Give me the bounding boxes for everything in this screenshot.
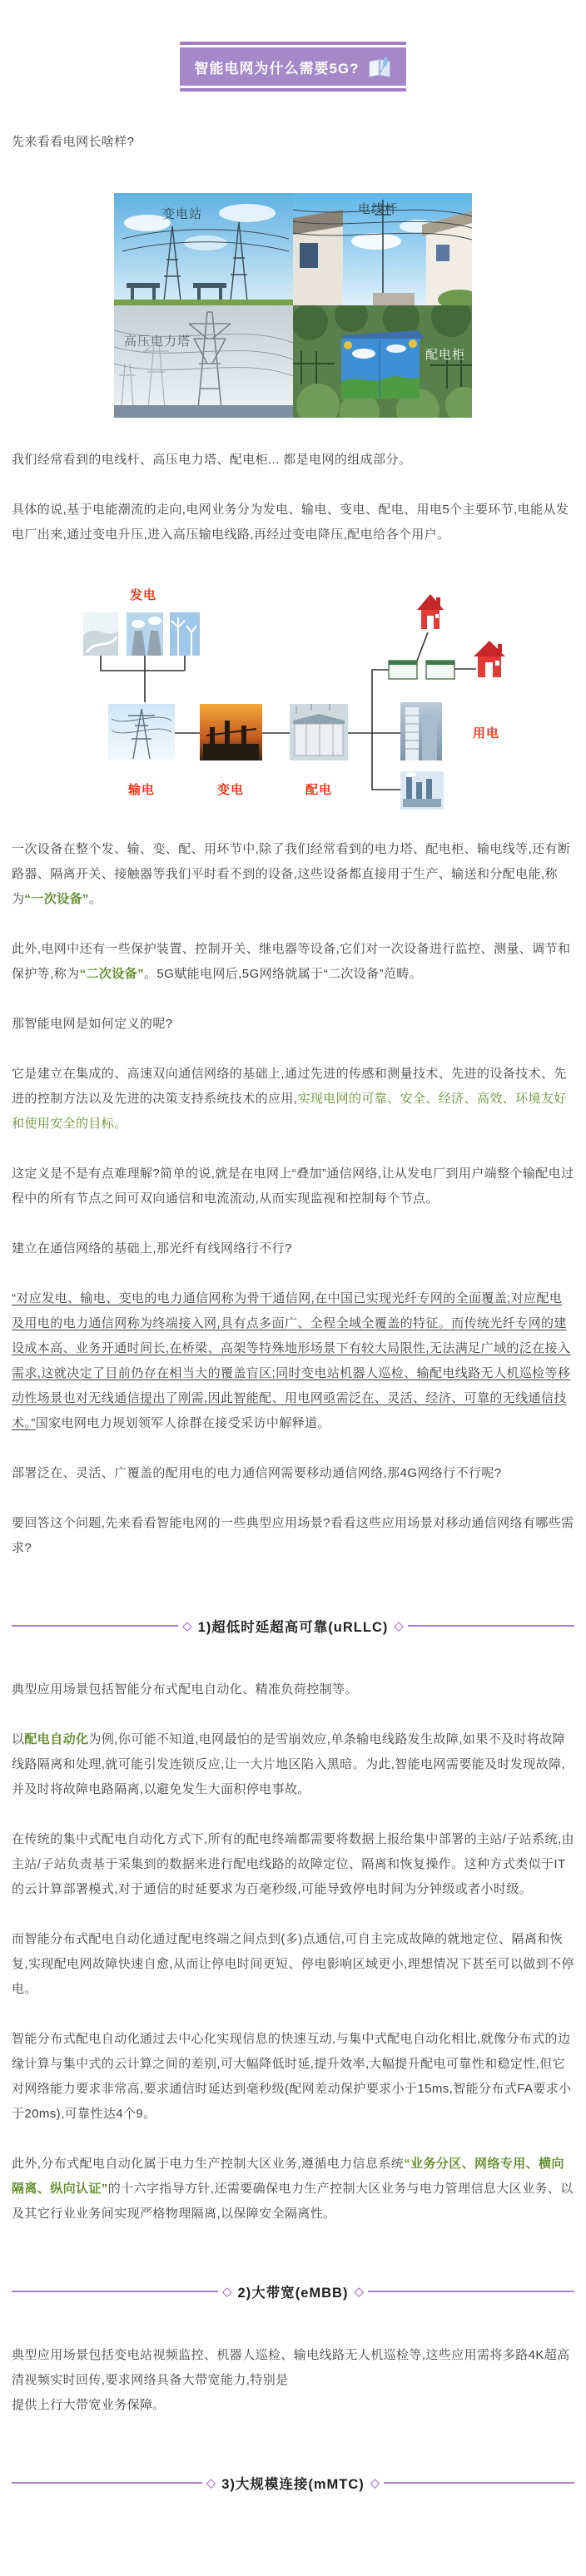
highlight-secondary-equipment: “二次设备” (80, 967, 144, 981)
text-run: 国家电网电力规划领军人徐群在接受采访中解释道。 (36, 1416, 330, 1430)
highlight-distribution-automation: 配电自动化 (24, 1732, 88, 1746)
section-heading-urllc: ◇ 1)超低时延超高可靠(uRLLC) ◇ (12, 1616, 574, 1636)
text-run: 这定义是不是有点难理解?简单的说,就是在电网上“叠加”通信网络,让从发电厂到用户… (12, 1167, 574, 1206)
office-building-photo (400, 702, 442, 760)
photo-substation: 变电站 (114, 193, 293, 305)
photo-label-tower: 高压电力塔 (124, 332, 191, 349)
section-title-embb: 2)大带宽(eMBB) (236, 2281, 350, 2301)
text-run: 要回答这个问题,先来看看智能电网的一些典型应用场景?看看这些应用场景对移动通信网… (12, 1516, 574, 1555)
diamond-icon: ◇ (206, 2477, 216, 2489)
power-flow-diagram: 发电 (12, 572, 574, 812)
paragraph-p10: “对应发电、输电、变电的电力通信网称为骨干通信网,在中国已实现光纤专网的全面覆盖… (12, 1286, 574, 1436)
section-heading-embb: ◇ 2)大带宽(eMBB) ◇ (12, 2281, 574, 2301)
text-run: 以 (12, 1732, 24, 1746)
text-run: 此外,分布式配电自动化属于电力生产控制大区业务,遵循电力信息系统 (12, 2157, 404, 2171)
paragraph-p3: 具体的说,基于电能潮流的走向,电网业务分为发电、输电、变电、配电、用电5个主要环… (12, 498, 574, 547)
wind-farm-photo (170, 612, 200, 656)
text-run: 先来看看电网长啥样? (12, 135, 134, 149)
photo-hv-tower: 高压电力塔 (114, 305, 293, 418)
thermal-plant-photo (127, 612, 163, 656)
banner-top-rule (180, 42, 406, 45)
paragraph-p11: 部署泛在、灵活、广覆盖的配用电的电力通信网需要移动通信网络,那4G网络行不行呢? (12, 1461, 574, 1486)
paragraph-p12: 要回答这个问题,先来看看智能电网的一些典型应用场景?看看这些应用场景对移动通信网… (12, 1511, 574, 1561)
diamond-icon: ◇ (182, 1620, 192, 1632)
grid-photo-collage: 变电站 (114, 193, 472, 418)
diamond-icon: ◇ (394, 1620, 404, 1632)
heading-rule-left (12, 1625, 178, 1627)
paragraph-p18: 此外,分布式配电自动化属于电力生产控制大区业务,遵循电力信息系统“业务分区、网络… (12, 2152, 574, 2227)
paragraph-p6: 那智能电网是如何定义的呢? (12, 1012, 574, 1037)
text-run: 具体的说,基于电能潮流的走向,电网业务分为发电、输电、变电、配电、用电5个主要环… (12, 503, 569, 542)
photo-label-substation: 变电站 (162, 205, 202, 222)
highlight-primary-equipment: “一次设备” (24, 892, 88, 906)
diamond-icon: ◇ (222, 2286, 232, 2298)
hydro-plant-photo (83, 612, 118, 656)
article-page: 智能电网为什么需要5G? 先来看看电网长啥样? (0, 0, 586, 2568)
diagram-label-transform: 变电 (217, 782, 244, 797)
house-icon (417, 594, 444, 629)
factory-photo (400, 771, 444, 810)
paragraph-p4: 一次设备在整个发、输、变、配、用环节中,除了我们经常看到的电力塔、配电柜、输电线… (12, 837, 574, 912)
text-run: 在传统的集中式配电自动化方式下,所有的配电终端都需要将数据上报给集中部署的主站/… (12, 1832, 574, 1896)
section-title-urllc: 1)超低时延超高可靠(uRLLC) (196, 1616, 390, 1636)
text-run: 典型应用场景包括变电站视频监控、机器人巡检、输电线路无人机巡检等,这些应用需将多… (12, 2348, 570, 2412)
heading-rule-right (368, 2291, 574, 2292)
text-run: 我们经常看到的电线杆、高压电力塔、配电柜... 都是电网的组成部分。 (12, 453, 411, 467)
power-flow-diagram-art: 发电 (12, 572, 574, 812)
substation-photo-art (114, 193, 293, 305)
transmission-photo (108, 704, 175, 760)
banner-box: 智能电网为什么需要5G? (180, 47, 406, 86)
diagram-label-consumption: 用电 (473, 726, 499, 741)
paragraph-p7: 它是建立在集成的、高速双向通信网络的基础上,通过先进的传感和测量技术、先进的设备… (12, 1062, 574, 1137)
house-icon (474, 641, 505, 677)
photo-utility-pole: 电线杆 (293, 193, 472, 305)
paragraph-p14: 以配电自动化为例,你可能不知道,电网最怕的是雪崩效应,单条输电线路发生故障,如果… (12, 1727, 574, 1802)
banner-bottom-rule (180, 88, 406, 92)
page-title: 智能电网为什么需要5G? (194, 57, 359, 77)
photo-label-pole: 电线杆 (358, 200, 398, 217)
title-banner: 智能电网为什么需要5G? (180, 0, 406, 92)
distribution-box-photo (290, 704, 348, 760)
diagram-label-distribution: 配电 (305, 782, 332, 797)
tower-photo-art (114, 305, 293, 418)
text-run: 而智能分布式配电自动化通过配电终端之间点到(多)点通信,可自主完成故障的就地定位… (12, 1932, 574, 1996)
diamond-icon: ◇ (354, 2286, 364, 2298)
text-run: 智能分布式配电自动化通过去中心化实现信息的快速互动,与集中式配电自动化相比,就像… (12, 2032, 572, 2121)
text-run: 。 (89, 892, 102, 906)
photo-dist-cabinet: 配电柜 (293, 305, 472, 418)
paragraph-p17: 智能分布式配电自动化通过去中心化实现信息的快速互动,与集中式配电自动化相比,就像… (12, 2027, 574, 2127)
paragraph-p5: 此外,电网中还有一些保护装置、控制开关、继电器等设备,它们对一次设备进行监控、测… (12, 937, 574, 987)
paragraph-p13: 典型应用场景包括智能分布式配电自动化、精准负荷控制等。 (12, 1677, 574, 1702)
diagram-label-transmission: 输电 (127, 782, 155, 797)
street-transformer-boxes (389, 661, 454, 679)
paragraph-p2: 我们经常看到的电线杆、高压电力塔、配电柜... 都是电网的组成部分。 (12, 448, 574, 473)
heading-rule-right (408, 1625, 574, 1627)
heading-rule-right (384, 2482, 574, 2484)
paragraph-p15: 在传统的集中式配电自动化方式下,所有的配电终端都需要将数据上报给集中部署的主站/… (12, 1827, 574, 1902)
substation-sunset-photo (200, 704, 262, 760)
paragraph-p19: 典型应用场景包括变电站视频监控、机器人巡检、输电线路无人机巡检等,这些应用需将多… (12, 2343, 574, 2418)
diagram-label-generation: 发电 (129, 587, 156, 602)
expert-quote: “对应发电、输电、变电的电力通信网称为骨干通信网,在中国已实现光纤专网的全面覆盖… (12, 1291, 570, 1430)
paragraph-p16: 而智能分布式配电自动化通过配电终端之间点到(多)点通信,可自主完成故障的就地定位… (12, 1927, 574, 2002)
paragraph-p8: 这定义是不是有点难理解?简单的说,就是在电网上“叠加”通信网络,让从发电厂到用户… (12, 1162, 574, 1211)
heading-rule-left (12, 2291, 218, 2292)
section-title-mmtc: 3)大规模连接(mMTC) (220, 2473, 366, 2493)
diamond-icon: ◇ (370, 2477, 380, 2489)
paragraph-p1: 先来看看电网长啥样? (12, 130, 574, 155)
connector-generation (101, 656, 185, 702)
photo-label-cabinet: 配电柜 (425, 345, 465, 363)
text-run: 为例,你可能不知道,电网最怕的是雪崩效应,单条输电线路发生故障,如果不及时将故障… (12, 1732, 565, 1796)
text-run: 。5G赋能电网后,5G网络就属于“二次设备”范畴。 (144, 967, 422, 981)
heading-rule-left (12, 2482, 202, 2484)
book-quill-icon (367, 56, 392, 77)
connector-dist-users (348, 670, 400, 790)
text-run: 典型应用场景包括智能分布式配电自动化、精准负荷控制等。 (12, 1682, 358, 1697)
text-run: 那智能电网是如何定义的呢? (12, 1017, 173, 1031)
text-run: 建立在通信网络的基础上,那光纤有线网络行不行? (12, 1241, 292, 1256)
paragraph-p9: 建立在通信网络的基础上,那光纤有线网络行不行? (12, 1236, 574, 1261)
text-run: 部署泛在、灵活、广覆盖的配用电的电力通信网需要移动通信网络,那4G网络行不行呢? (12, 1466, 502, 1480)
section-heading-mmtc: ◇ 3)大规模连接(mMTC) ◇ (12, 2473, 574, 2493)
